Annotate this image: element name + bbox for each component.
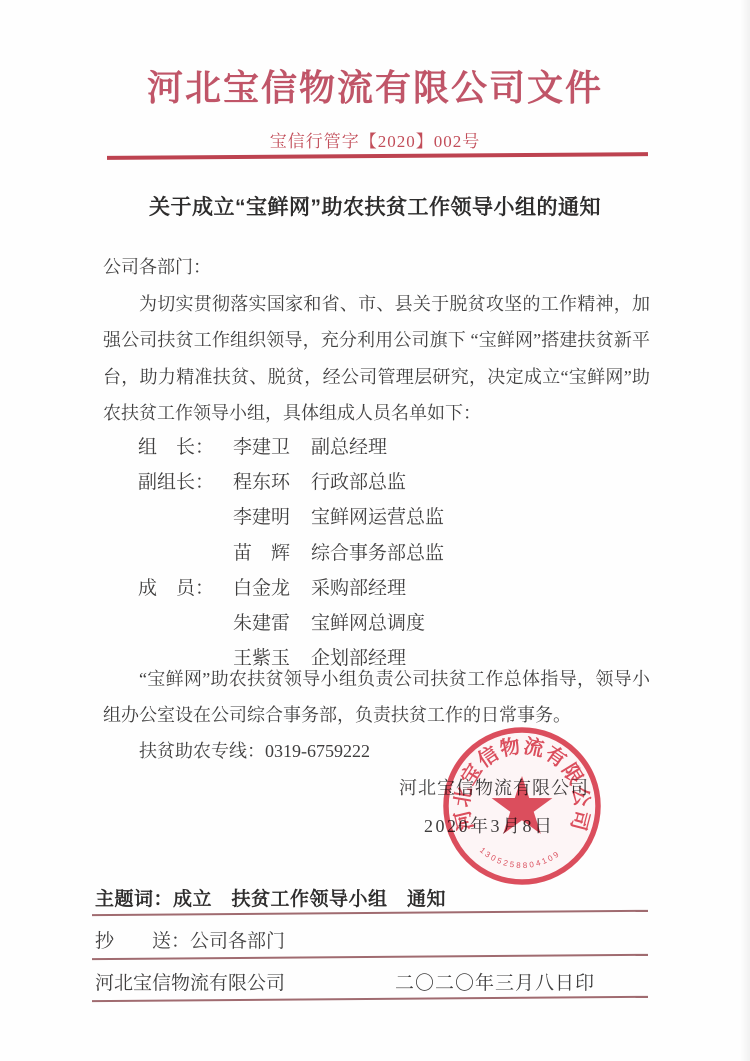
company-seal-stamp: 河北宝信物流有限公司 1305258804109 (437, 721, 607, 891)
member-title: 宝鲜网总调度 (311, 606, 425, 641)
body-paragraph-1: 为切实贯彻落实国家和省、市、县关于脱贫攻坚的工作精神，加强公司扶贫工作组织领导，… (103, 286, 650, 432)
member-row: 朱建雷 宝鲜网总调度 (138, 606, 444, 641)
member-name: 朱建雷 (233, 606, 311, 641)
body-opening: 公司各部门： 为切实贯彻落实国家和省、市、县关于脱贫攻坚的工作精神，加强公司扶贫… (103, 249, 650, 432)
member-role (138, 500, 233, 535)
member-row: 成 员： 白金龙 采购部经理 (138, 571, 444, 606)
cc-value: 公司各部门 (190, 931, 285, 952)
subject-row: 主题词：成立 扶贫工作领导小组 通知 (95, 884, 446, 911)
member-title: 综合事务部总监 (311, 536, 444, 571)
member-row: 李建明 宝鲜网运营总监 (138, 500, 444, 535)
issuer-name: 河北宝信物流有限公司 (95, 968, 285, 995)
member-name: 白金龙 (233, 571, 311, 606)
document-title: 关于成立“宝鲜网”助农扶贫工作领导小组的通知 (0, 191, 750, 221)
print-date: 二〇二〇年三月八日印 (395, 968, 595, 995)
footer-divider-2 (92, 954, 648, 960)
member-role (138, 536, 233, 571)
member-role (138, 606, 233, 641)
member-title: 行政部总监 (311, 465, 406, 500)
document-page: 河北宝信物流有限公司文件 宝信行管字【2020】002号 关于成立“宝鲜网”助农… (0, 0, 750, 1061)
document-number: 宝信行管字【2020】002号 (0, 127, 750, 152)
member-title: 副总经理 (311, 430, 387, 465)
member-role: 副组长： (138, 465, 233, 500)
member-row: 组 长： 李建卫 副总经理 (138, 430, 444, 465)
cc-label: 抄 送： (95, 931, 190, 952)
cc-row: 抄 送：公司各部门 (95, 926, 285, 953)
member-title: 宝鲜网运营总监 (311, 500, 444, 535)
member-name: 李建卫 (233, 430, 311, 465)
subject-value: 成立 扶贫工作领导小组 通知 (173, 889, 446, 910)
member-name: 李建明 (233, 500, 311, 535)
member-name: 程东环 (233, 465, 311, 500)
member-title: 采购部经理 (311, 571, 406, 606)
member-row: 副组长： 程东环 行政部总监 (138, 465, 444, 500)
header-rule (107, 152, 648, 160)
member-name: 苗 辉 (233, 536, 311, 571)
member-role: 组 长： (138, 430, 233, 465)
members-list: 组 长： 李建卫 副总经理 副组长： 程东环 行政部总监 李建明 宝鲜网运营总监… (138, 430, 444, 676)
salutation: 公司各部门： (103, 249, 650, 286)
company-file-header: 河北宝信物流有限公司文件 (0, 60, 750, 111)
subject-label: 主题词： (95, 889, 173, 910)
member-row: 苗 辉 综合事务部总监 (138, 536, 444, 571)
footer-divider-3 (92, 996, 648, 1002)
member-role: 成 员： (138, 571, 233, 606)
